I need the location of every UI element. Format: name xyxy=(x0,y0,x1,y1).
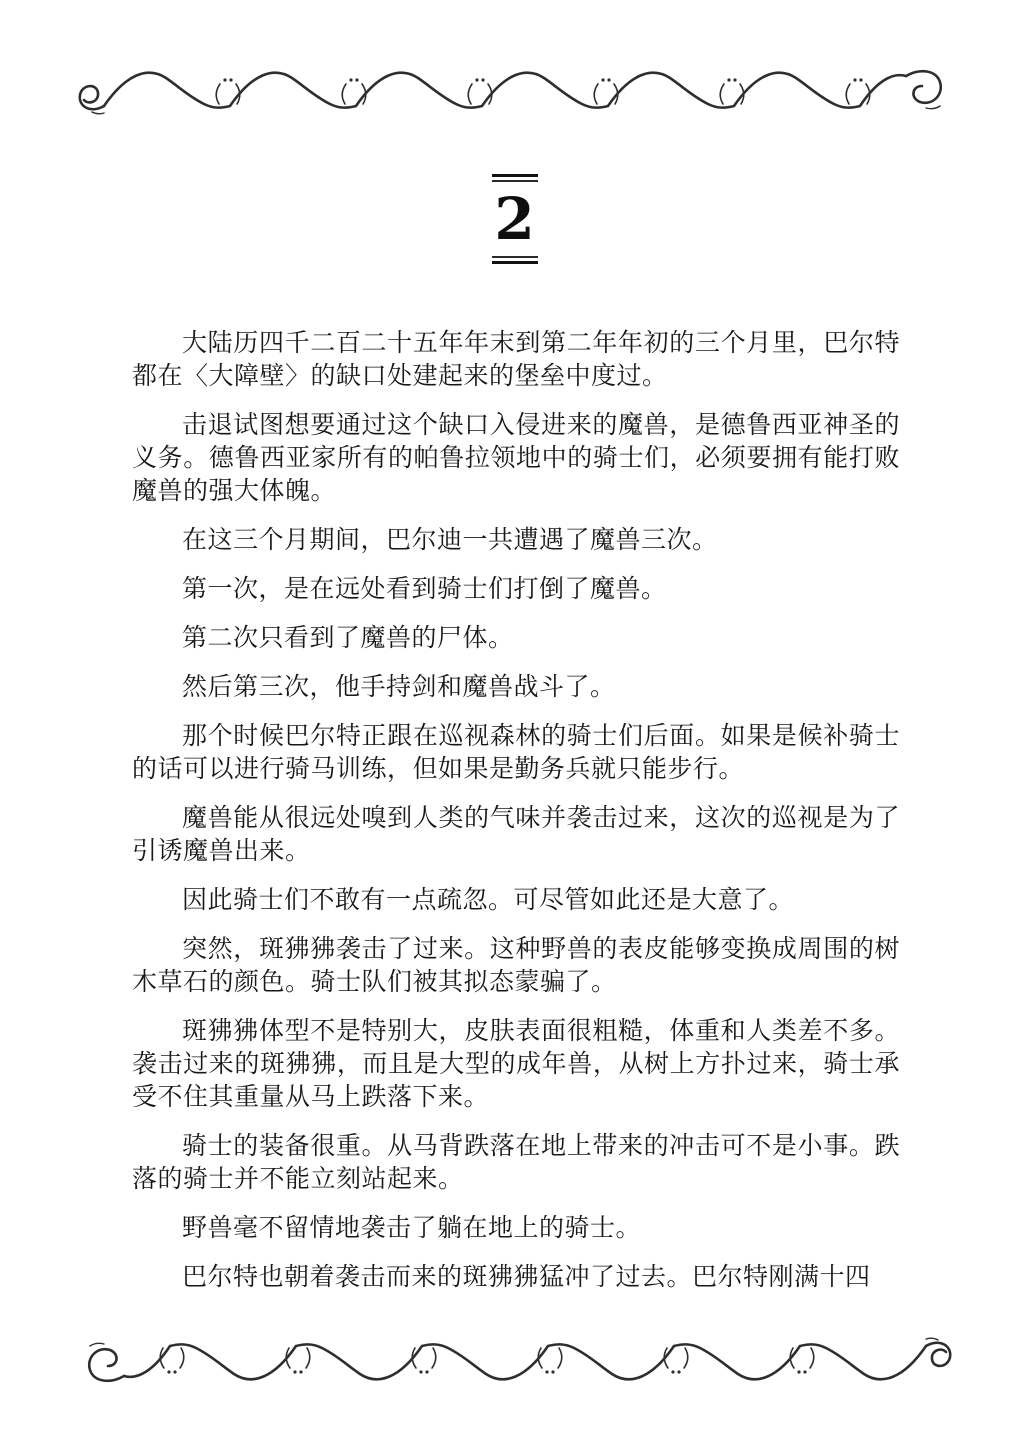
paragraph: 第一次，是在远处看到骑士们打倒了魔兽。 xyxy=(132,573,900,606)
chapter-body-text: 大陆历四千二百二十五年年末到第二年年初的三个月里，巴尔特都在〈大障壁〉的缺口处建… xyxy=(132,327,900,1310)
chapter-number: 2 xyxy=(494,188,534,250)
bottom-flourish-border-icon xyxy=(70,1334,960,1390)
paragraph: 击退试图想要通过这个缺口入侵进来的魔兽，是德鲁西亚神圣的义务。德鲁西亚家所有的帕… xyxy=(132,409,900,508)
paragraph: 魔兽能从很远处嗅到人类的气味并袭击过来，这次的巡视是为了引诱魔兽出来。 xyxy=(132,802,900,868)
paragraph: 野兽毫不留情地袭击了躺在地上的骑士。 xyxy=(132,1212,900,1245)
chapter-rule-top xyxy=(492,174,538,182)
paragraph: 然后第三次，他手持剑和魔兽战斗了。 xyxy=(132,671,900,704)
paragraph: 在这三个月期间，巴尔迪一共遭遇了魔兽三次。 xyxy=(132,524,900,557)
paragraph: 巴尔特也朝着袭击而来的斑狒狒猛冲了过去。巴尔特刚满十四 xyxy=(132,1261,900,1294)
paragraph: 突然，斑狒狒袭击了过来。这种野兽的表皮能够变换成周围的树木草石的颜色。骑士队们被… xyxy=(132,933,900,999)
paragraph: 那个时候巴尔特正跟在巡视森林的骑士们后面。如果是候补骑士的话可以进行骑马训练，但… xyxy=(132,720,900,786)
top-flourish-border-icon xyxy=(70,62,960,118)
book-page: 2 大陆历四千二百二十五年年末到第二年年初的三个月里，巴尔特都在〈大障壁〉的缺口… xyxy=(0,0,1029,1455)
paragraph: 斑狒狒体型不是特别大，皮肤表面很粗糙，体重和人类差不多。袭击过来的斑狒狒，而且是… xyxy=(132,1015,900,1114)
paragraph: 第二次只看到了魔兽的尸体。 xyxy=(132,622,900,655)
chapter-rule-bottom xyxy=(492,256,538,264)
paragraph: 大陆历四千二百二十五年年末到第二年年初的三个月里，巴尔特都在〈大障壁〉的缺口处建… xyxy=(132,327,900,393)
paragraph: 因此骑士们不敢有一点疏忽。可尽管如此还是大意了。 xyxy=(132,884,900,917)
chapter-heading: 2 xyxy=(0,174,1029,264)
paragraph: 骑士的装备很重。从马背跌落在地上带来的冲击可不是小事。跌落的骑士并不能立刻站起来… xyxy=(132,1130,900,1196)
